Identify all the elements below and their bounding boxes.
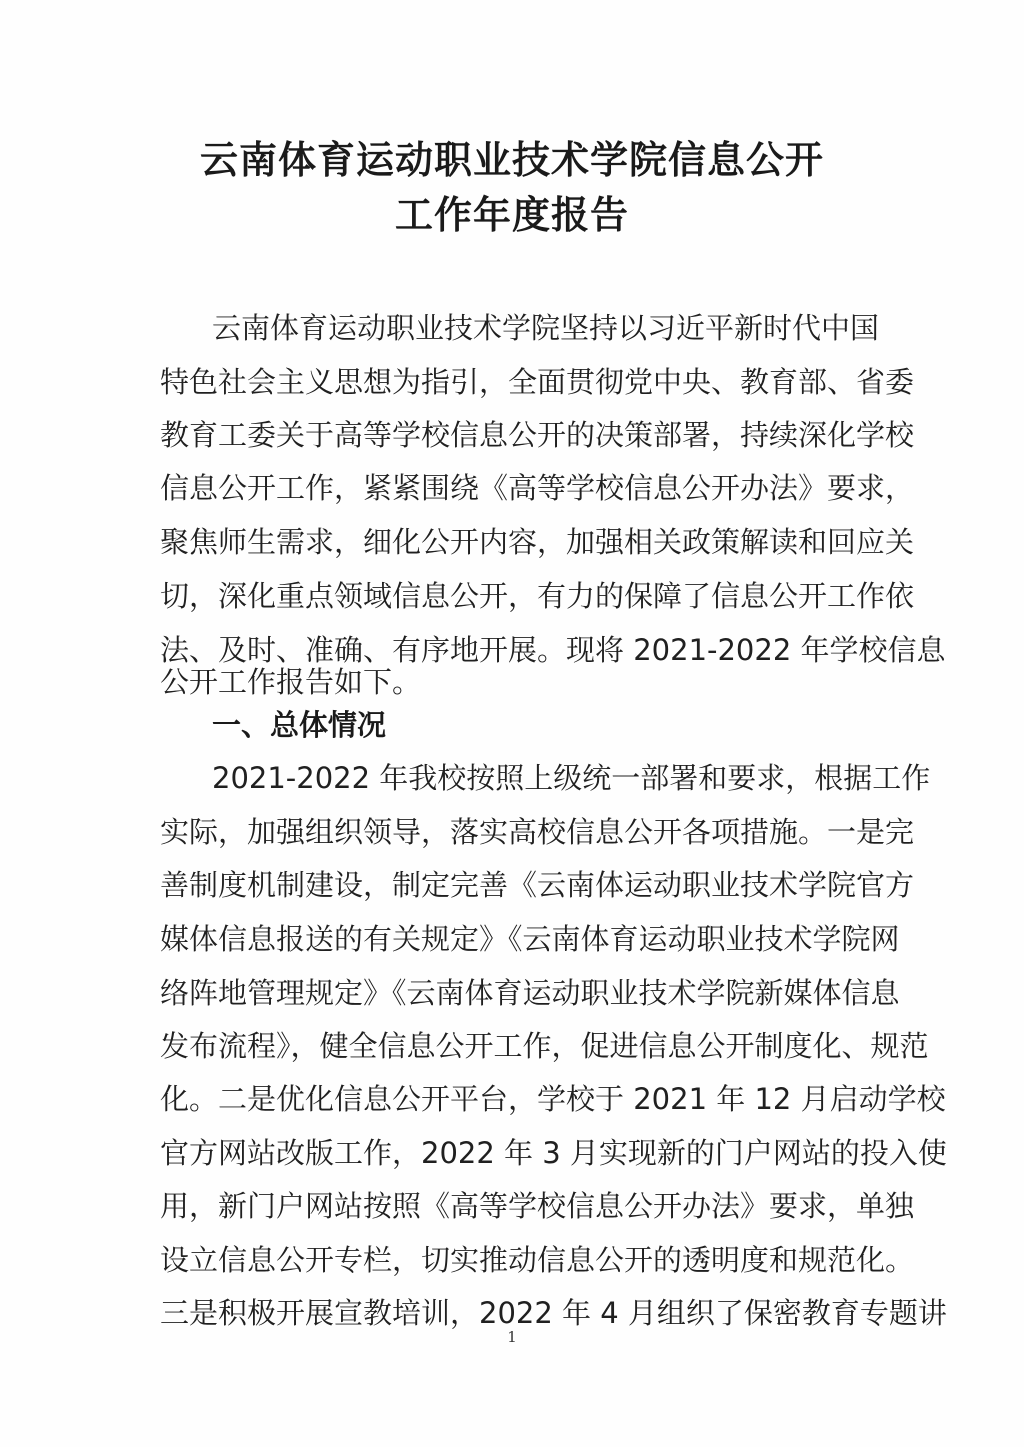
section-line: 设立信息公开专栏，切实推动信息公开的透明度和规范化。 <box>160 1238 870 1282</box>
section-line: 用，新门户网站按照《高等学校信息公开办法》要求，单独 <box>160 1184 870 1228</box>
section-line: 媒体信息报送的有关规定》《云南体育运动职业技术学院网 <box>160 917 870 961</box>
intro-line: 聚焦师生需求，细化公开内容，加强相关政策解读和回应关 <box>160 520 870 564</box>
section-line: 化。二是优化信息公开平台，学校于 2021 年 12 月启动学校 <box>160 1077 870 1121</box>
document-page: 云南体育运动职业技术学院信息公开 工作年度报告 云南体育运动职业技术学院坚持以习… <box>0 0 1024 1447</box>
intro-line: 信息公开工作，紧紧围绕《高等学校信息公开办法》要求， <box>160 466 870 510</box>
section-line: 络阵地管理规定》《云南体育运动职业技术学院新媒体信息 <box>160 971 870 1015</box>
section-heading: 一、总体情况 <box>212 703 386 747</box>
section-line: 2021-2022 年我校按照上级统一部署和要求，根据工作 <box>212 756 870 800</box>
document-title-line-2: 工作年度报告 <box>0 193 1024 237</box>
intro-line: 公开工作报告如下。 <box>160 660 870 704</box>
section-line: 实际，加强组织领导，落实高校信息公开各项措施。一是完 <box>160 810 870 854</box>
page-number: 1 <box>0 1328 1024 1346</box>
section-line: 官方网站改版工作，2022 年 3 月实现新的门户网站的投入使 <box>160 1131 870 1175</box>
intro-line: 教育工委关于高等学校信息公开的决策部署，持续深化学校 <box>160 413 870 457</box>
intro-line: 云南体育运动职业技术学院坚持以习近平新时代中国 <box>212 306 870 350</box>
section-line: 善制度机制建设，制定完善《云南体运动职业技术学院官方 <box>160 863 870 907</box>
document-title-line-1: 云南体育运动职业技术学院信息公开 <box>0 138 1024 182</box>
intro-line: 特色社会主义思想为指引，全面贯彻党中央、教育部、省委 <box>160 360 870 404</box>
section-line: 发布流程》，健全信息公开工作，促进信息公开制度化、规范 <box>160 1024 870 1068</box>
intro-line: 切，深化重点领域信息公开，有力的保障了信息公开工作依 <box>160 574 870 618</box>
